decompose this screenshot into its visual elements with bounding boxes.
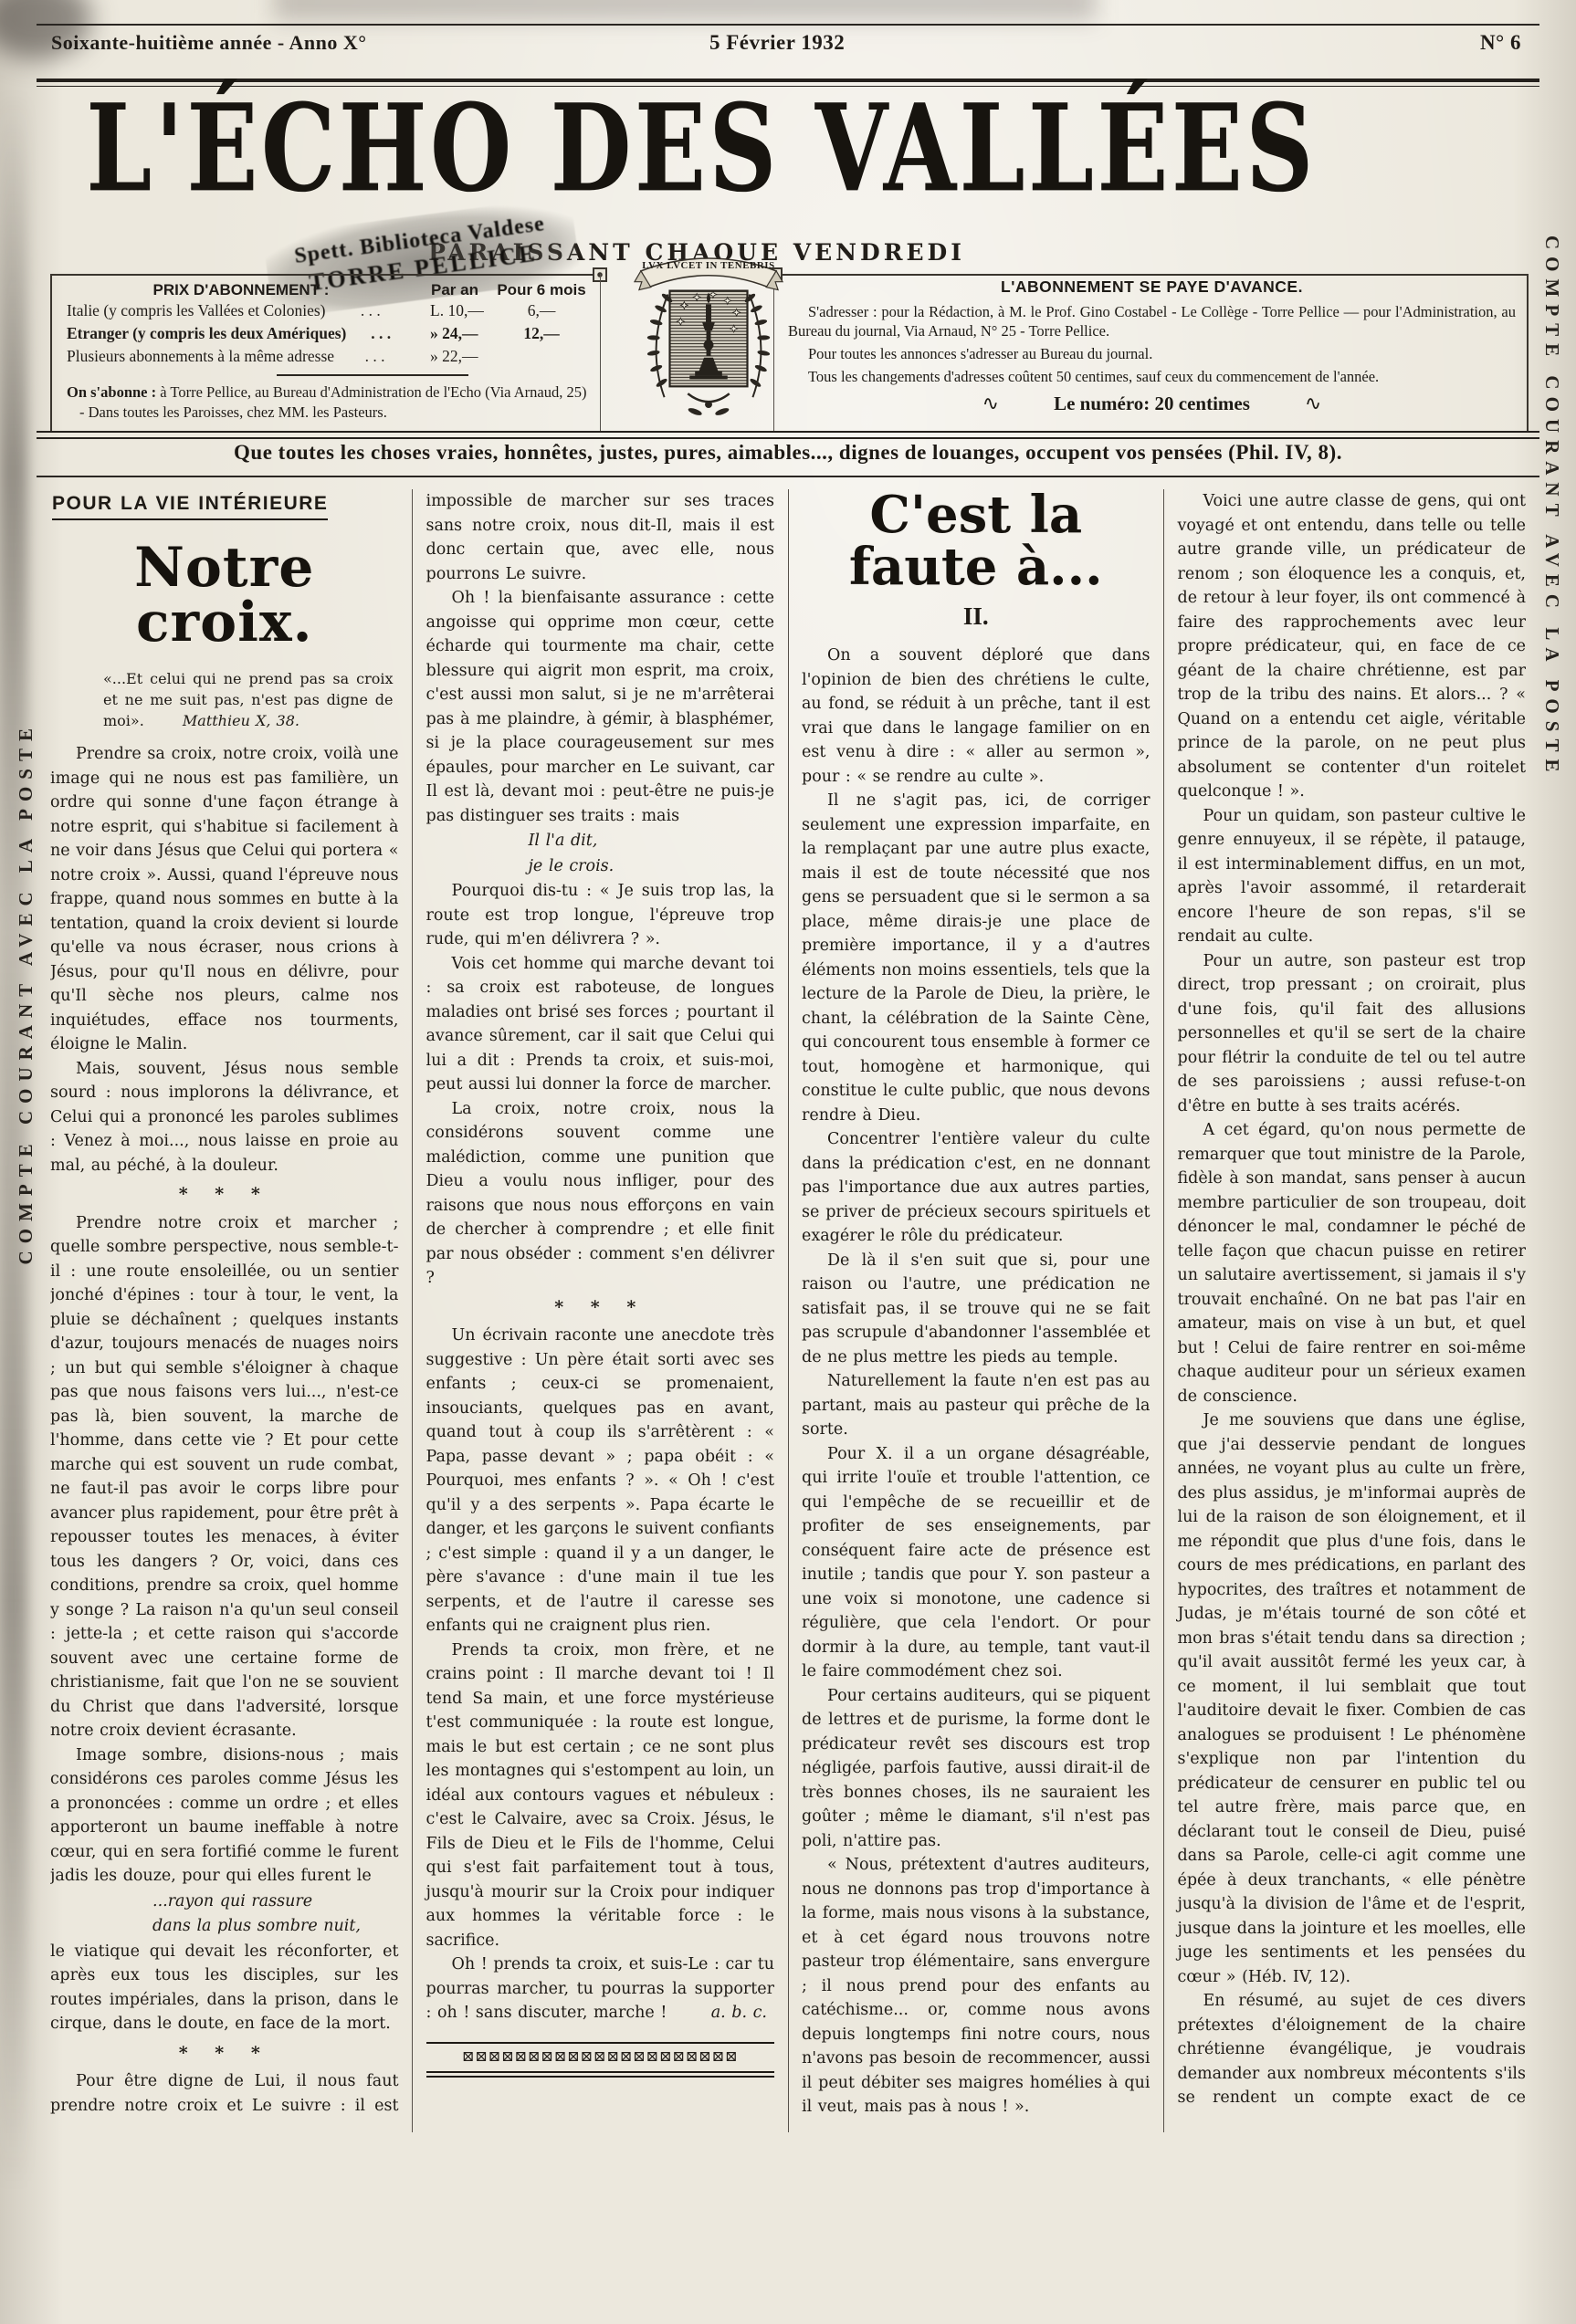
price-year: L. 10,— [415,299,494,322]
asterisk-separator: * * * [50,2041,399,2066]
subscribe-note-text2: - Dans toutes les Paroisses, chez MM. le… [79,403,589,423]
dot-leader: . . . [326,299,416,322]
side-note-right: COMPTE COURANT AVEC LA POSTE [1540,236,1563,779]
top-rule [37,24,1539,26]
tilde-ornament: ∿ [982,392,999,415]
terms-title: L'ABONNEMENT SE PAYE D'AVANCE. [788,277,1516,297]
scan-smudge-top [274,0,1096,20]
article-columns: POUR LA VIE INTÉRIEURE Notre croix. «...… [50,489,1526,2132]
price-year: » 22,— [415,345,494,368]
paragraph: Pour X. il a un organe désagréable, qui … [802,1442,1150,1684]
paragraph: Pour un autre, son pasteur est trop dire… [1178,949,1527,1119]
verse-line: ...rayon qui rassure [152,1890,399,1914]
paragraph: Pour certains auditeurs, qui se piquent … [802,1684,1150,1854]
masthead-title: L'ÉCHO DES VALLÉES [39,88,1363,208]
paragraph: De là il s'en suit que si, pour une rais… [802,1249,1150,1370]
epigraph: «...Et celui qui ne prend pas sa croix e… [103,668,394,731]
article2-heading: C'est la faute à... II. [802,489,1150,631]
price-label: Etranger (y compris les deux Amériques) [67,322,346,345]
price-year: » 24,— [415,322,494,345]
paragraph: On a souvent déploré que dans l'opinion … [802,644,1150,789]
price-row: Etranger (y compris les deux Amériques) … [67,322,589,345]
subscribe-note-lead: On s'abonne : [67,383,156,401]
terms-paragraph: S'adresser : pour la Rédaction, à M. le … [788,302,1516,340]
masthead-info-band: PRIX D'ABONNEMENT : Par an Pour 6 mois I… [50,274,1529,431]
verse-line: dans la plus sombre nuit, [152,1914,399,1939]
paragraph: Je me souviens que dans une église, que … [1178,1408,1527,1989]
dot-leader: . . . [334,345,415,368]
paragraph: Pourquoi dis-tu : « Je suis trop las, la… [426,879,775,952]
paragraph: Pour un quidam, son pasteur cultive le g… [1178,804,1527,949]
paragraph: le viatique qui devait les réconforter, … [50,1940,399,2036]
paragraph: Image sombre, disions-nous ; mais consid… [50,1743,399,1889]
issue-price: Le numéro: 20 centimes [1054,393,1250,415]
paragraph: Mais, souvent, Jésus nous semble sourd :… [50,1057,399,1178]
price-half: 6,— [494,299,589,322]
paragraph: Vois cet homme qui marche devant toi : s… [426,952,775,1097]
paragraph: La croix, notre croix, nous la considéro… [426,1097,775,1291]
paragraph: « Nous, prétextent d'autres auditeurs, n… [802,1853,1150,2120]
divider [277,374,468,376]
rule [773,274,1527,276]
paragraph: A cet égard, qu'on nous permette de rema… [1178,1118,1527,1408]
dot-leader: . . . [346,322,415,345]
subscribe-note-text: à Torre Pellice, au Bureau d'Administrat… [160,383,586,401]
issue-date: 5 Février 1932 [709,31,845,55]
article-kicker: POUR LA VIE INTÉRIEURE [52,493,328,520]
side-note-left: COMPTE COURANT AVEC LA POSTE [15,721,37,1264]
scripture-motto: Que toutes les choses vraies, honnêtes, … [64,441,1512,465]
price-half [494,345,589,368]
verse-line: Il l'a dit, [529,829,775,853]
bottom-ornament [688,393,730,416]
double-rule [37,431,1539,439]
verse-line: je le crois. [529,854,775,879]
terms-paragraph: Tous les changements d'adresses coûtent … [788,367,1516,386]
paragraph: Oh ! prends ta croix, et suis-Le : car t… [426,1952,775,2026]
paragraph: Voici une autre classe de gens, qui ont … [1178,489,1527,804]
paragraph: Un écrivain raconte une anecdote très su… [426,1324,775,1638]
price-label: Plusieurs abonnements à la même adresse [67,345,334,368]
paragraph: Oh ! la bienfaisante assurance : cette a… [426,586,775,828]
paragraph: Prendre notre croix et marcher ; quelle … [50,1211,399,1743]
tilde-ornament: ∿ [1305,392,1321,415]
emblem-motto: LVX LVCET IN TENEBRIS [642,260,775,271]
col-header-half: Pour 6 mois [494,281,589,299]
article-title: Notre croix. [50,540,399,650]
epigraph-reference: Matthieu X, 38. [183,712,299,729]
divider [600,274,601,431]
price-row: Italie (y compris les Vallées et Colonie… [67,299,589,322]
prices-title: PRIX D'ABONNEMENT : [67,281,415,299]
terms-paragraph: Pour toutes les annonces s'adresser au B… [788,344,1516,363]
asterisk-separator: * * * [426,1295,775,1320]
asterisk-separator: * * * [50,1182,399,1207]
article-part-number: II. [802,602,1150,631]
subscription-terms: L'ABONNEMENT SE PAYE D'AVANCE. S'adresse… [788,277,1516,415]
price-half: 12,— [494,322,589,345]
price-row: Plusieurs abonnements à la même adresse … [67,345,589,368]
decorative-band: ⊠⊠⊠⊠⊠⊠⊠⊠⊠⊠⊠⊠⊠⊠⊠⊠⊠⊠⊠⊠⊠ [426,2042,775,2078]
paragraph: Concentrer l'entière valeur du culte dan… [802,1127,1150,1249]
subscription-prices: PRIX D'ABONNEMENT : Par an Pour 6 mois I… [67,281,589,423]
page-header: Soixante-huitième année - Anno X° 5 Févr… [51,31,1525,62]
edition-label: Soixante-huitième année - Anno X° [51,31,367,55]
col-header-year: Par an [415,281,494,299]
paragraph: Il ne s'agit pas, ici, de corriger seule… [802,789,1150,1127]
waldensian-crest: LVX LVCET IN TENEBRIS [632,237,785,431]
rule [52,274,600,276]
article-title: C'est la faute à... [802,489,1150,593]
rule [37,476,1539,477]
issue-price-line: ∿ Le numéro: 20 centimes ∿ [788,392,1516,415]
subscribe-note: On s'abonne : à Torre Pellice, au Bureau… [67,382,589,423]
price-label: Italie (y compris les Vallées et Colonie… [67,299,326,322]
issue-number: N° 6 [1480,31,1521,55]
paragraph: Prendre sa croix, notre croix, voilà une… [50,742,399,1057]
paragraph: Naturellement la faute n'en est pas au p… [802,1369,1150,1442]
author-initials: a. b. c. [686,2001,767,2026]
paragraph: Prends ta croix, mon frère, et ne crains… [426,1638,775,1953]
newspaper-page: Soixante-huitième année - Anno X° 5 Févr… [0,0,1576,2324]
